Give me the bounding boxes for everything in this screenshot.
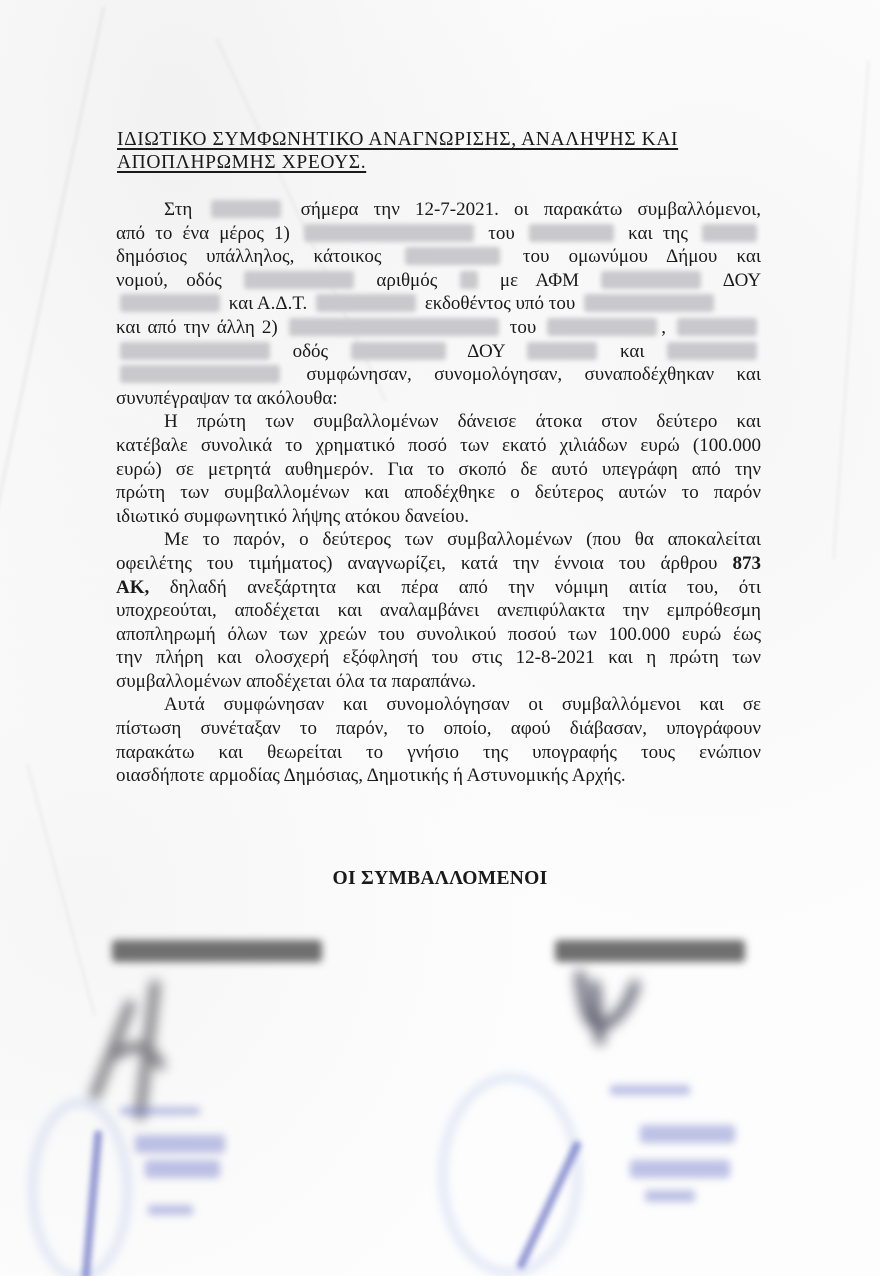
text-span: , (661, 317, 666, 338)
text-line: συνυπέγραψαν τα ακόλουθα: (116, 387, 761, 411)
text-line: Με το παρόν, ο δεύτερος των συμβαλλομένω… (116, 528, 761, 552)
text-span: ΔΟΥ (467, 341, 505, 362)
redacted-city (405, 247, 500, 265)
text-span: από το ένα μέρος 1) (116, 223, 290, 244)
title-line-1: ΙΔΙΩΤΙΚΟ ΣΥΜΦΩΝΗΤΙΚΟ ΑΝΑΓΝΩΡΙΣΗΣ, ΑΝΑΛΗΨ… (117, 128, 767, 151)
redacted-father-name (529, 224, 614, 242)
redacted-tax-office-2 (527, 342, 597, 360)
text-line: οδός ΔΟΥ και (116, 340, 761, 364)
text-span: του (510, 317, 537, 338)
text-line: Στη σήμερα την 12-7-2021. οι παρακάτω συ… (116, 198, 761, 222)
text-line: από το ένα μέρος 1) του και της (116, 222, 761, 246)
text-line: πρώτη των συμβαλλομένων και αποδέχθηκε ο… (116, 481, 761, 505)
stamp-text-left (120, 1107, 200, 1115)
redacted-id-2 (667, 342, 757, 360)
document-title: ΙΔΙΩΤΙΚΟ ΣΥΜΦΩΝΗΤΙΚΟ ΑΝΑΓΝΩΡΙΣΗΣ, ΑΝΑΛΗΨ… (117, 128, 767, 174)
text-span: οφειλέτης του τιμήματος) αναγνωρίζει, κα… (116, 553, 717, 574)
text-span: και από την άλλη 2) (116, 317, 278, 338)
redacted-place (211, 200, 281, 218)
text-line: Η πρώτη των συμβαλλομένων δάνεισε άτοκα … (116, 410, 761, 434)
redacted-mother-name (702, 224, 757, 242)
title-line-2: ΑΠΟΠΛΗΡΩΜΗΣ ΧΡΕΟΥΣ. (117, 151, 767, 174)
redacted-id-number (316, 294, 416, 312)
redacted-afm (601, 271, 701, 289)
stamp-text-right (640, 1125, 735, 1143)
text-span: δηλαδή ανεξάρτητα και πέρα από την νόμιμ… (170, 577, 761, 598)
text-span: ΔΟΥ (723, 270, 761, 291)
redacted-residence-2 (120, 342, 270, 360)
text-line: υποχρεούται, αποδέχεται και αναλαμβάνει … (116, 599, 761, 623)
text-span: του ομωνύμου Δήμου και (523, 246, 761, 267)
loan-paragraph: Η πρώτη των συμβαλλομένων δάνεισε άτοκα … (116, 410, 761, 528)
document-body: Στη σήμερα την 12-7-2021. οι παρακάτω συ… (116, 198, 761, 788)
redacted-street-2 (351, 342, 446, 360)
civil-code-ref: ΑΚ, (116, 577, 149, 598)
text-line: συμβαλλομένων αποδέχεται όλα τα παραπάνω… (116, 670, 761, 694)
text-span: με ΑΦΜ (500, 270, 579, 291)
redacted-issuing-authority (584, 294, 714, 312)
redacted-tax-office (120, 294, 220, 312)
intro-paragraph: Στη σήμερα την 12-7-2021. οι παρακάτω συ… (116, 198, 761, 410)
text-span: αριθμός (376, 270, 437, 291)
text-span: συμφώνησαν, συνομολόγησαν, συναποδέχθηκα… (306, 364, 761, 385)
text-line: συμφώνησαν, συνομολόγησαν, συναποδέχθηκα… (116, 363, 761, 387)
handwritten-signature-left (85, 975, 205, 1125)
text-line: και από την άλλη 2) του , (116, 316, 761, 340)
stamp-text-right (610, 1085, 690, 1095)
paper-crease (0, 6, 105, 594)
stamp-date-right (645, 1190, 695, 1202)
text-line: την πλήρη και ολοσχερή εξόφλησή του στις… (116, 646, 761, 670)
text-span: Στη (164, 199, 192, 220)
text-span: οδός (293, 341, 328, 362)
redacted-street (244, 271, 354, 289)
redacted-number (460, 271, 478, 289)
agreement-paragraph: Αυτά συμφώνησαν και συνομολόγησαν οι συμ… (116, 693, 761, 787)
text-line: αποπληρωμή όλων των χρεών του συνολικού … (116, 623, 761, 647)
paper-crease (833, 61, 870, 560)
text-span: του (488, 223, 515, 244)
stamp-text-right (630, 1160, 730, 1178)
redacted-signer-name-left (112, 940, 322, 962)
redacted-name-2 (289, 318, 499, 336)
text-line: ΑΚ, δηλαδή ανεξάρτητα και πέρα από την ν… (116, 576, 761, 600)
article-number: 873 (733, 553, 762, 574)
redacted-father-name-2 (547, 318, 657, 336)
text-line: δημόσιος υπάλληλος, κάτοικος του ομωνύμο… (116, 245, 761, 269)
text-line: πίστωση συνέταξαν το παρόν, το οποίο, αφ… (116, 717, 761, 741)
text-span: δημόσιος υπάλληλος, κάτοικος (116, 246, 381, 267)
text-line: και Α.Δ.Τ. εκδοθέντος υπό του (116, 292, 761, 316)
text-line: Αυτά συμφώνησαν και συνομολόγησαν οι συμ… (116, 693, 761, 717)
text-span: και (620, 341, 644, 362)
text-span: και Α.Δ.Τ. (229, 293, 308, 314)
acknowledgement-paragraph: Με το παρόν, ο δεύτερος των συμβαλλομένω… (116, 528, 761, 693)
text-line: ευρώ) σε μετρητά αυθημερόν. Για το σκοπό… (116, 458, 761, 482)
official-stamp-circle-left (30, 1100, 130, 1276)
handwritten-signature-right (565, 965, 655, 1055)
redacted-id-details-2 (120, 365, 280, 383)
text-line: παρακάτω και θεωρείται το γνήσιο της υπο… (116, 741, 761, 765)
text-line: νομού, οδός αριθμός με ΑΦΜ ΔΟΥ (116, 269, 761, 293)
stamp-text-left (145, 1160, 220, 1178)
stamp-date-left (148, 1205, 193, 1215)
text-span: νομού, οδός (116, 270, 222, 291)
text-span: εκδοθέντος υπό του (425, 293, 575, 314)
signatures-heading: ΟΙ ΣΥΜΒΑΛΛΟΜΕΝΟΙ (0, 868, 880, 890)
text-line: οφειλέτης του τιμήματος) αναγνωρίζει, κα… (116, 552, 761, 576)
redacted-name (304, 224, 474, 242)
text-span: και της (628, 223, 688, 244)
text-line: κατέβαλε συνολικά το χρηματικό ποσό των … (116, 434, 761, 458)
stamp-text-left (135, 1135, 225, 1153)
redacted-occupation-2 (677, 318, 757, 336)
text-span: σήμερα την 12-7-2021. οι παρακάτω συμβαλ… (301, 199, 761, 220)
text-line: ιδιωτικό συμφωνητικό λήψης ατόκου δανείο… (116, 505, 761, 529)
redacted-signer-name-right (555, 940, 745, 962)
text-line: οιασδήποτε αρμοδίας Δημόσιας, Δημοτικής … (116, 764, 761, 788)
